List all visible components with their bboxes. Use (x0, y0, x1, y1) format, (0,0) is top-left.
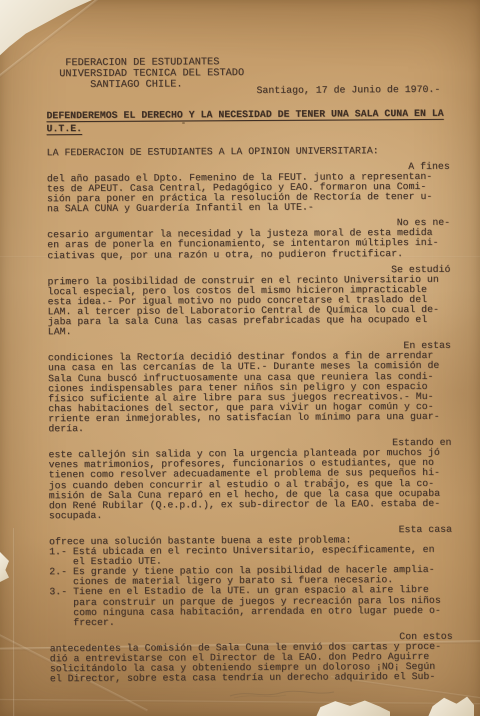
document-body: A finesdel año pasado el Dpto. Femenino … (47, 162, 456, 685)
document-title: DEFENDEREMOS EL DERECHO Y LA NECESIDAD D… (46, 108, 452, 136)
paragraph: Estando eneste callejón sin salida y con… (48, 438, 454, 521)
torn-corner (0, 0, 92, 60)
text-line: don René Rubilar (Q.e.p.d.), ex sub-dire… (49, 498, 455, 511)
title-line: DEFENDEREMOS EL DERECHO Y LA NECESIDAD D… (46, 108, 452, 123)
paragraph: Esta casaofrece una solución bastante bu… (49, 525, 456, 628)
paragraph: Se estudióprimero la posibilidad de cons… (47, 264, 453, 337)
paragraph: No es ne-cesario argumentar la necesidad… (47, 218, 453, 261)
torn-edge (428, 693, 474, 716)
paragraph: En estascondiciones la Rectoría decidió … (48, 341, 455, 434)
paragraph: Con estosantecedentes la Comisión de Sal… (50, 632, 456, 685)
text-line: ciativas que, por una razón u otra, no p… (47, 248, 453, 261)
text-line: frecer. (50, 615, 456, 628)
text-line: na SALA CUNA y Guardería Infantil en la … (47, 202, 453, 215)
paragraph: A finesdel año pasado el Dpto. Femenino … (47, 162, 453, 215)
torn-edge (0, 552, 9, 582)
title-line: U.T.E. (46, 121, 452, 136)
scanned-document-page: FEDERACION DE ESTUDIANTESUNIVERSIDAD TEC… (0, 0, 480, 716)
pencil-scribble (228, 686, 338, 700)
torn-edge (316, 699, 390, 716)
crease-line (13, 528, 15, 716)
text-line: el Director, sobre esta casa tendría un … (50, 672, 456, 685)
salutation: LA FEDERACION DE ESTUDIANTES A LA OPINIO… (47, 145, 453, 158)
document-content: FEDERACION DE ESTUDIANTESUNIVERSIDAD TEC… (46, 56, 456, 685)
